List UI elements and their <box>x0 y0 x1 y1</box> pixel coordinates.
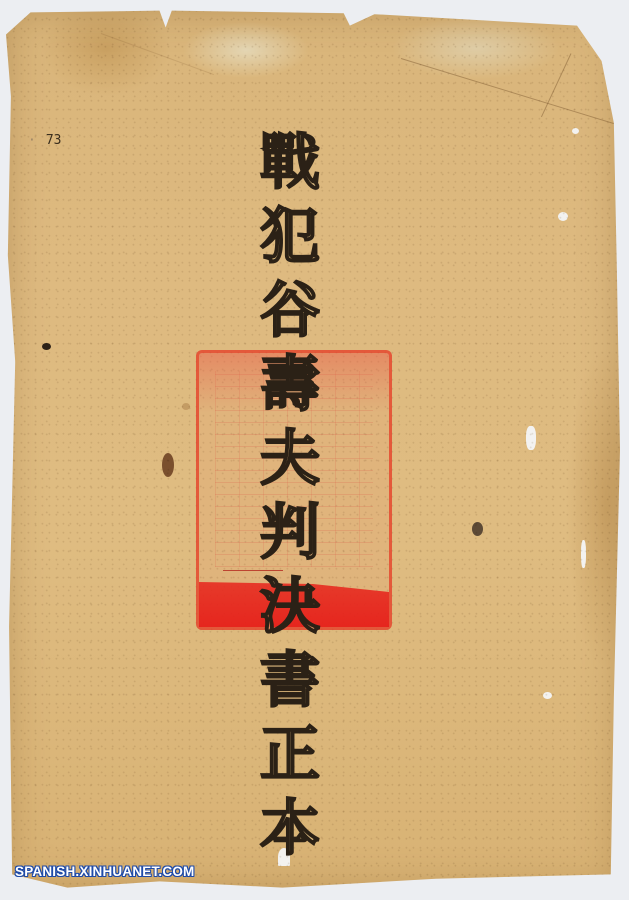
title-char: 本 <box>250 792 330 866</box>
paper-hole <box>572 128 579 134</box>
scanned-document-page: ·73 戰 犯 谷 壽 夫 判 決 書 正 本 SPANISH.XINHUANE… <box>0 0 629 900</box>
ink-spot <box>42 343 51 350</box>
title-char: 判 <box>250 496 330 570</box>
title-char: 決 <box>250 570 330 644</box>
source-watermark: SPANISH.XINHUANET.COM <box>15 864 194 879</box>
title-char: 犯 <box>250 200 330 274</box>
title-char: 壽 <box>250 348 330 422</box>
title-char: 戰 <box>250 126 330 200</box>
page-number-value: 73 <box>46 133 62 148</box>
paper-hole <box>558 212 568 221</box>
title-char: 正 <box>250 718 330 792</box>
page-mark: · <box>28 133 36 148</box>
brown-stain <box>162 453 174 477</box>
vertical-document-title: 戰 犯 谷 壽 夫 判 決 書 正 本 <box>250 126 330 866</box>
crease-line <box>101 33 214 75</box>
crease-line <box>401 58 629 129</box>
paper-hole <box>581 540 586 568</box>
crease-line <box>541 53 571 117</box>
paper-hole <box>543 692 552 699</box>
paper-hole <box>526 426 536 450</box>
page-number: ·73 <box>28 133 61 148</box>
dark-stain <box>472 522 483 536</box>
brown-stain <box>182 403 190 410</box>
title-char: 夫 <box>250 422 330 496</box>
title-char: 書 <box>250 644 330 718</box>
title-char: 谷 <box>250 274 330 348</box>
